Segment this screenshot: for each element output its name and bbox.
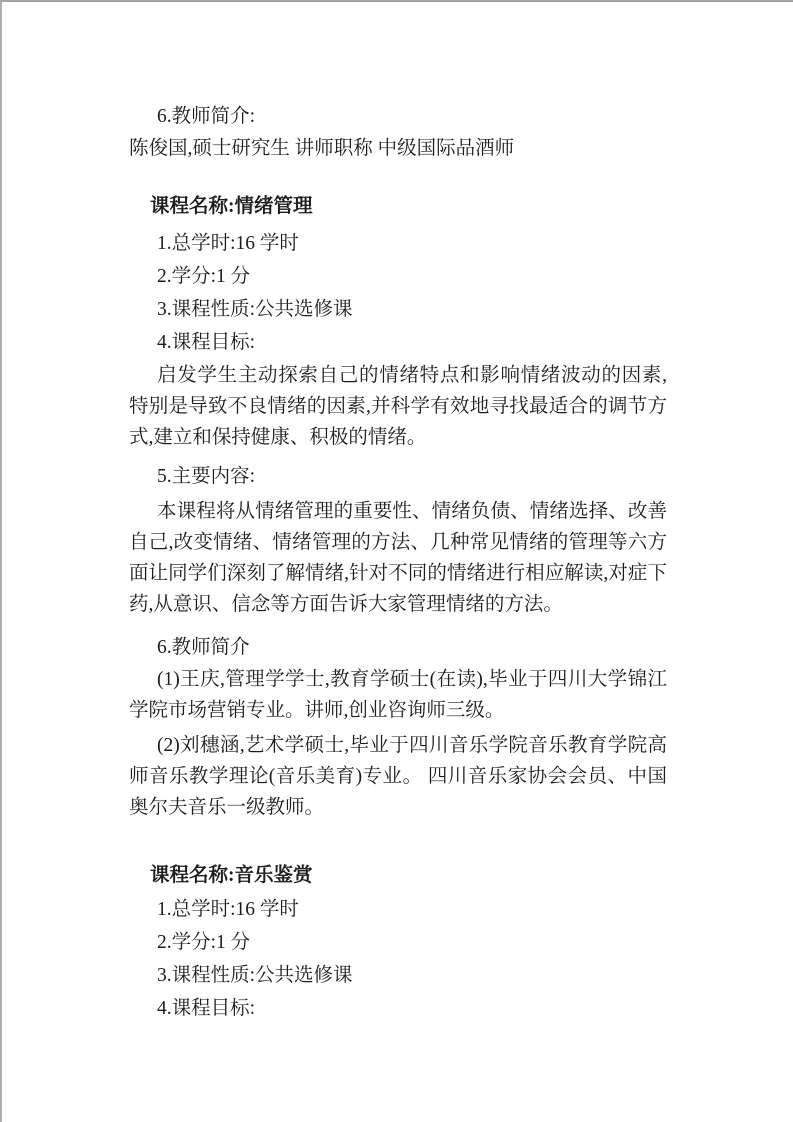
course-emotion-teacher-2: (2)刘穗涵,艺术学硕士,毕业于四川音乐学院音乐教育学院高师音乐教学理论(音乐美… [129,730,667,823]
course-emotion-objective-label: 4.课程目标: [129,327,667,358]
course-music-nature: 3.课程性质:公共选修课 [129,960,667,991]
course-music-objective-label: 4.课程目标: [129,993,667,1024]
document-page: 6.教师简介: 陈俊国,硕士研究生 讲师职称 中级国际品酒师 课程名称:情绪管理… [0,0,793,1122]
course-emotion-objective-text: 启发学生主动探索自己的情绪特点和影响情绪波动的因素,特别是导致不良情绪的因素,并… [129,360,667,453]
course-music-credit: 2.学分:1 分 [129,927,667,958]
page-content: 6.教师简介: 陈俊国,硕士研究生 讲师职称 中级国际品酒师 课程名称:情绪管理… [2,2,667,1024]
prev-course-teacher-label: 6.教师简介: [129,101,667,132]
course-emotion-teacher-1: (1)王庆,管理学学士,教育学硕士(在读),毕业于四川大学锦江学院市场营销专业。… [129,664,667,726]
course-emotion-credit: 2.学分:1 分 [129,261,667,292]
prev-course-teacher-text: 陈俊国,硕士研究生 讲师职称 中级国际品酒师 [129,133,667,164]
course-music-title: 课程名称:音乐鉴赏 [129,860,667,891]
course-emotion-title: 课程名称:情绪管理 [129,191,667,222]
course-emotion-teachers-label: 6.教师简介 [129,632,667,663]
course-emotion-nature: 3.课程性质:公共选修课 [129,294,667,325]
course-music-hours: 1.总学时:16 学时 [129,894,667,925]
course-emotion-content-label: 5.主要内容: [129,461,667,492]
course-emotion-content-text: 本课程将从情绪管理的重要性、情绪负债、情绪选择、改善自己,改变情绪、情绪管理的方… [129,496,667,620]
course-emotion-hours: 1.总学时:16 学时 [129,228,667,259]
